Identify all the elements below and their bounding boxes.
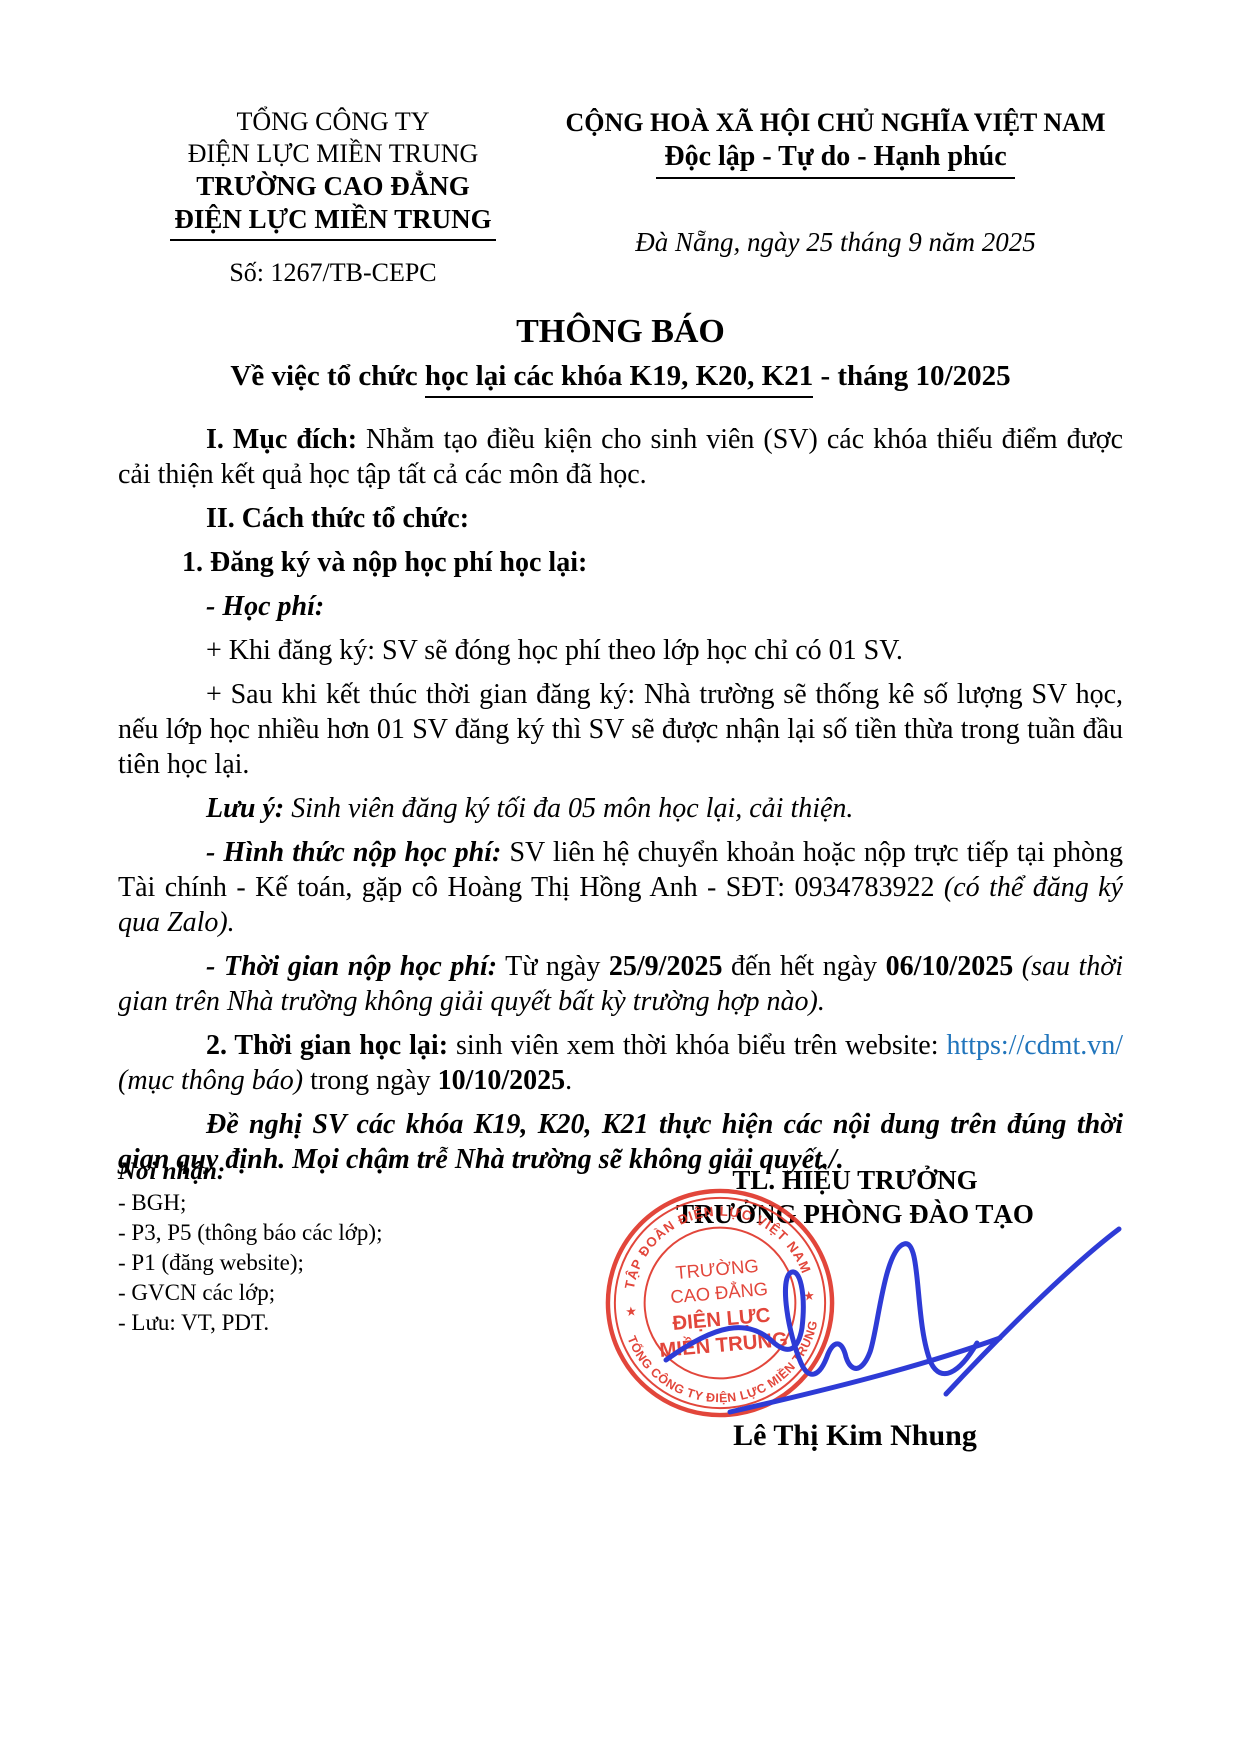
recipient-item: - BGH; — [118, 1188, 382, 1218]
paragraph-section2-heading: II. Cách thức tổ chức: — [118, 501, 1123, 536]
schedule-date: 10/10/2025 — [438, 1065, 566, 1096]
purpose-label: I. Mục đích: — [206, 424, 357, 455]
payment-method-label: - Hình thức nộp học phí: — [206, 837, 501, 868]
org-name-line2: ĐIỆN LỰC MIỀN TRUNG — [118, 203, 548, 241]
recipients-title: Nơi nhận: — [118, 1156, 382, 1188]
subtitle-underlined: học lại các khóa K19, K20, K21 — [425, 358, 813, 398]
paragraph-note: Lưu ý: Sinh viên đăng ký tối đa 05 môn h… — [118, 791, 1123, 826]
org-parent-line1: TỔNG CÔNG TY — [118, 106, 548, 138]
recipient-item: - GVCN các lớp; — [118, 1278, 382, 1308]
paragraph-fee-point2: + Sau khi kết thúc thời gian đăng ký: Nh… — [118, 677, 1123, 782]
document-page: TỔNG CÔNG TY ĐIỆN LỰC MIỀN TRUNG TRƯỜNG … — [0, 0, 1241, 1755]
document-content: TỔNG CÔNG TY ĐIỆN LỰC MIỀN TRUNG TRƯỜNG … — [0, 0, 1241, 1177]
document-title: THÔNG BÁO — [118, 312, 1123, 352]
national-header-block: CỘNG HOÀ XÃ HỘI CHỦ NGHĨA VIỆT NAM Độc l… — [548, 106, 1123, 288]
paragraph-fee-heading: - Học phí: — [118, 589, 1123, 624]
subtitle-prefix: Về việc tổ chức — [230, 360, 425, 392]
national-motto: Độc lập - Tự do - Hạnh phúc — [548, 140, 1123, 179]
fee-point1-text: + Khi đăng ký: SV sẽ đóng học phí theo l… — [206, 635, 903, 666]
schedule-label: 2. Thời gian học lại: — [206, 1030, 448, 1061]
signature-underline-stroke — [730, 1338, 1000, 1412]
fee-label: - Học phí: — [206, 591, 324, 622]
national-motto-underlined: Độc lập - Tự do - Hạnh phúc — [656, 140, 1014, 179]
document-body: I. Mục đích: Nhằm tạo điều kiện cho sinh… — [118, 422, 1123, 1177]
recipient-item: - P3, P5 (thông báo các lớp); — [118, 1218, 382, 1248]
signature-tall-stroke — [946, 1229, 1119, 1394]
org-name-line1: TRƯỜNG CAO ĐẲNG — [118, 170, 548, 203]
fee-point2-text: + Sau khi kết thúc thời gian đăng ký: Nh… — [118, 679, 1123, 780]
payment-end-date: 06/10/2025 — [886, 951, 1014, 982]
note-label: Lưu ý: — [206, 793, 284, 824]
recipient-item: - Lưu: VT, PDT. — [118, 1308, 382, 1338]
schedule-t1: sinh viên xem thời khóa biểu trên websit… — [448, 1030, 946, 1061]
document-header: TỔNG CÔNG TY ĐIỆN LỰC MIỀN TRUNG TRƯỜNG … — [118, 106, 1123, 288]
note-text: Sinh viên đăng ký tối đa 05 môn học lại,… — [284, 793, 853, 824]
document-number: Số: 1267/TB-CEPC — [118, 258, 548, 288]
org-name-underlined: ĐIỆN LỰC MIỀN TRUNG — [170, 203, 495, 241]
org-parent-line2: ĐIỆN LỰC MIỀN TRUNG — [118, 138, 548, 170]
payment-time-label: - Thời gian nộp học phí: — [206, 951, 497, 982]
place-and-date: Đà Nẵng, ngày 25 tháng 9 năm 2025 — [548, 227, 1123, 258]
paragraph-payment-method: - Hình thức nộp học phí: SV liên hệ chuy… — [118, 835, 1123, 940]
stamp-star-left-icon: ★ — [625, 1304, 638, 1319]
subtitle-suffix: - tháng 10/2025 — [813, 360, 1010, 392]
document-subtitle: Về việc tổ chức học lại các khóa K19, K2… — [118, 358, 1123, 398]
schedule-t3: . — [565, 1065, 572, 1096]
issuing-org-block: TỔNG CÔNG TY ĐIỆN LỰC MIỀN TRUNG TRƯỜNG … — [118, 106, 548, 288]
paragraph-register-heading: 1. Đăng ký và nộp học phí học lại: — [118, 545, 1123, 580]
national-title: CỘNG HOÀ XÃ HỘI CHỦ NGHĨA VIỆT NAM — [548, 106, 1123, 140]
payment-time-t2: đến hết ngày — [722, 951, 885, 982]
recipient-item: - P1 (đăng website); — [118, 1248, 382, 1278]
recipients-block: Nơi nhận: - BGH; - P3, P5 (thông báo các… — [118, 1156, 382, 1338]
website-link[interactable]: https://cdmt.vn/ — [946, 1030, 1123, 1061]
paragraph-purpose: I. Mục đích: Nhằm tạo điều kiện cho sinh… — [118, 422, 1123, 492]
schedule-t2: trong ngày — [303, 1065, 438, 1096]
paragraph-fee-point1: + Khi đăng ký: SV sẽ đóng học phí theo l… — [118, 633, 1123, 668]
signature-main-stroke — [666, 1244, 977, 1375]
register-label: 1. Đăng ký và nộp học phí học lại: — [182, 547, 587, 578]
section2-label: II. Cách thức tổ chức: — [206, 503, 469, 534]
paragraph-payment-time: - Thời gian nộp học phí: Từ ngày 25/9/20… — [118, 949, 1123, 1019]
payment-start-date: 25/9/2025 — [609, 951, 723, 982]
payment-time-t1: Từ ngày — [497, 951, 609, 982]
schedule-note: (mục thông báo) — [118, 1065, 303, 1096]
paragraph-schedule: 2. Thời gian học lại: sinh viên xem thời… — [118, 1028, 1123, 1098]
handwritten-signature — [648, 1222, 1148, 1427]
